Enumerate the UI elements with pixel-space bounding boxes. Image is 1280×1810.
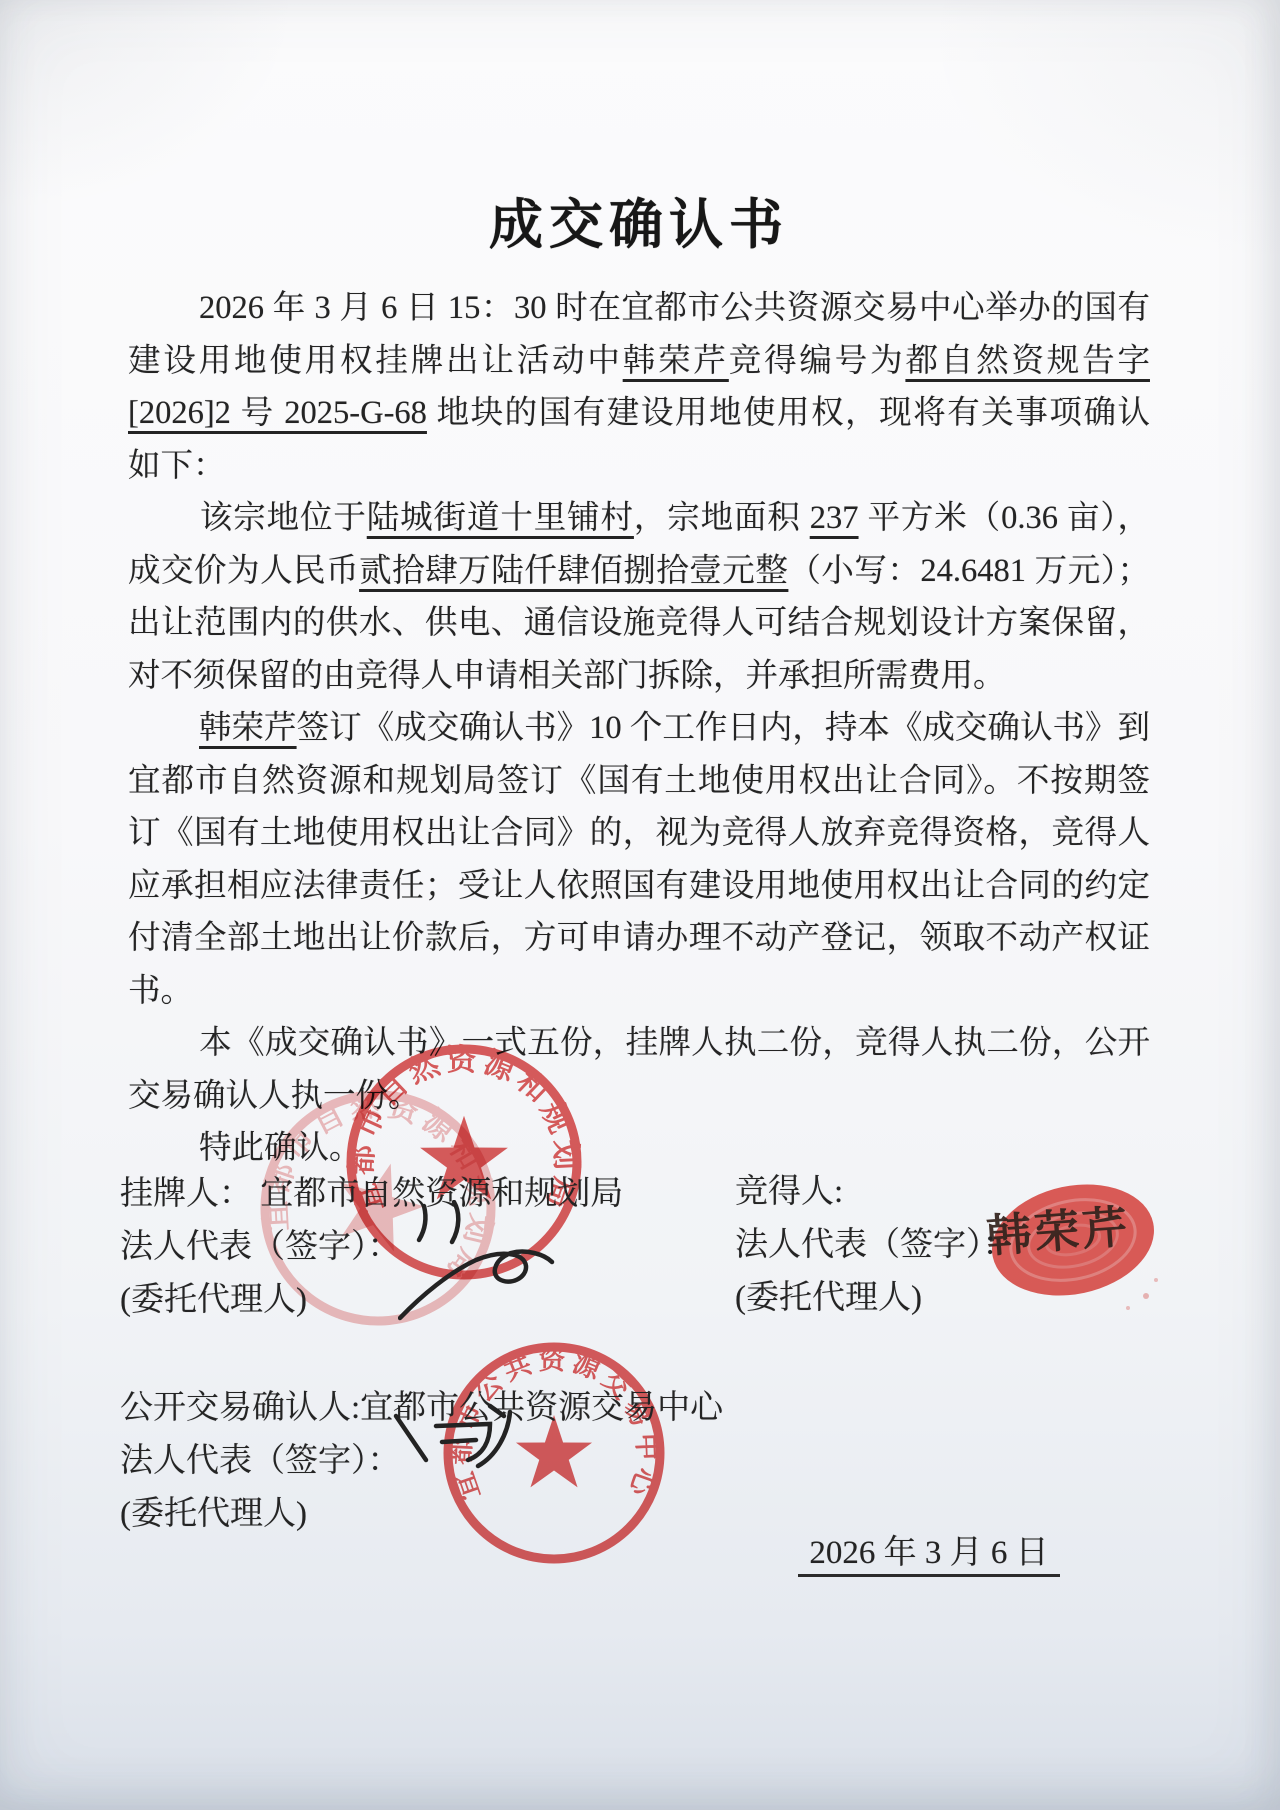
document-line: 订《国有土地使用权出让合同》的，视为竞得人放弃竞得资格，竞得人 <box>128 807 1150 860</box>
document-line: 建设用地使用权挂牌出让活动中韩荣芹竞得编号为都自然资规告字 <box>128 335 1150 388</box>
lister-rep-label: 法人代表（签字）： <box>120 1221 623 1274</box>
document-line: 本《成交确认书》一式五份，挂牌人执二份，竞得人执二份，公开 <box>128 1017 1150 1070</box>
document-page: 成交确认书 2026 年 3 月 6 日 15：30 时在宜都市公共资源交易中心… <box>0 0 1280 1810</box>
document-line: 成交价为人民币贰拾肆万陆仟肆佰捌拾壹元整（小写：24.6481 万元）； <box>128 545 1150 598</box>
winner-signature-block: 竞得人: 法人代表（签字）： (委托代理人) <box>735 1166 1016 1325</box>
document-date: 2026 年 3 月 6 日 <box>798 1532 1060 1577</box>
document-line: 2026 年 3 月 6 日 15：30 时在宜都市公共资源交易中心举办的国有 <box>128 282 1150 335</box>
document-line: 宜都市自然资源和规划局签订《国有土地使用权出让合同》。不按期签 <box>128 755 1150 808</box>
winner-agent-label: (委托代理人) <box>735 1272 1016 1325</box>
document-line: 韩荣芹签订《成交确认书》10 个工作日内，持本《成交确认书》到 <box>128 702 1150 755</box>
lister-party-label: 挂牌人： 宜都市自然资源和规划局 <box>120 1168 623 1221</box>
document-line: 如下： <box>128 440 1150 493</box>
winner-party-label: 竞得人: <box>735 1166 1016 1219</box>
document-line: 付清全部土地出让价款后，方可申请办理不动产登记，领取不动产权证 <box>128 912 1150 965</box>
confirmer-signature-block: 公开交易确认人:宜都市公共资源交易中心 法人代表（签字）： (委托代理人) <box>120 1382 723 1541</box>
lister-agent-label: (委托代理人) <box>120 1274 623 1327</box>
document-line: 书。 <box>128 965 1150 1018</box>
document-line: 应承担相应法律责任；受让人依照国有建设用地使用权出让合同的约定 <box>128 860 1150 913</box>
document-line: 该宗地位于陆城街道十里铺村，宗地面积 237 平方米（0.36 亩）， <box>128 492 1150 545</box>
document-line: 对不须保留的由竞得人申请相关部门拆除，并承担所需费用。 <box>128 650 1150 703</box>
document-body: 2026 年 3 月 6 日 15：30 时在宜都市公共资源交易中心举办的国有建… <box>128 282 1150 1175</box>
lister-signature-block: 挂牌人： 宜都市自然资源和规划局 法人代表（签字）： (委托代理人) <box>120 1168 623 1327</box>
confirmer-agent-label: (委托代理人) <box>120 1488 723 1541</box>
document-line: [2026]2 号 2025-G-68 地块的国有建设用地使用权，现将有关事项确… <box>128 387 1150 440</box>
confirmer-rep-label: 法人代表（签字）： <box>120 1435 723 1488</box>
document-title: 成交确认书 <box>128 182 1150 256</box>
confirmer-party-label: 公开交易确认人:宜都市公共资源交易中心 <box>120 1382 723 1435</box>
winner-rep-label: 法人代表（签字）： <box>735 1219 1016 1272</box>
document-line: 出让范围内的供水、供电、通信设施竞得人可结合规划设计方案保留， <box>128 597 1150 650</box>
